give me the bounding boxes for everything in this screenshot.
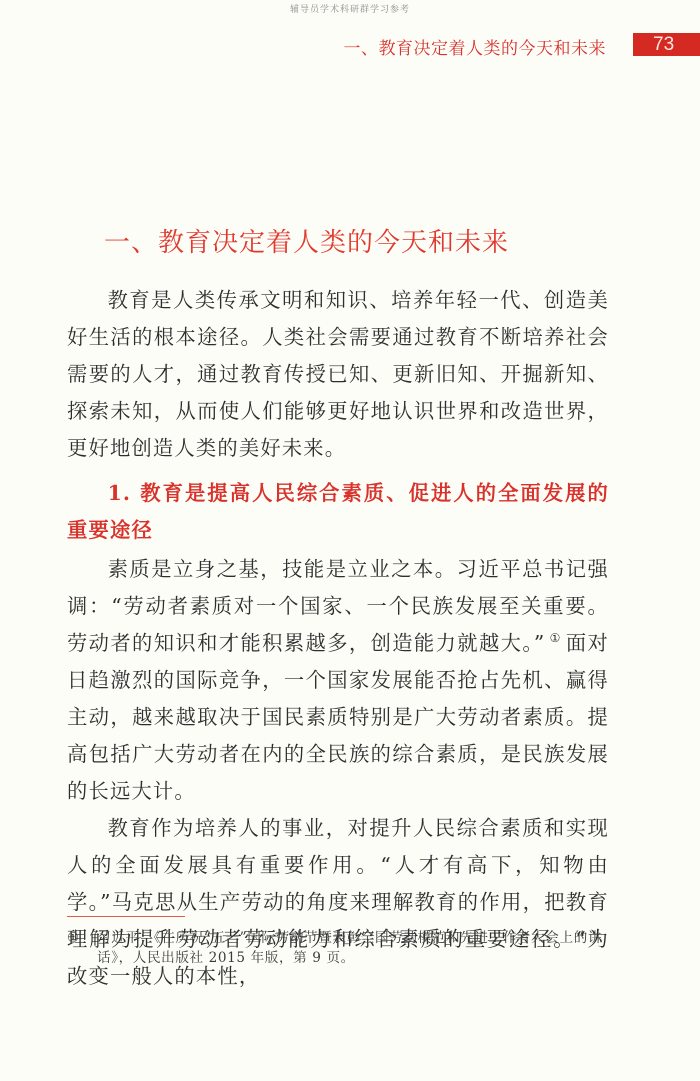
running-title: 一、教育决定着人类的今天和未来 xyxy=(344,34,607,59)
paragraph: 素质是立身之基，技能是立业之本。习近平总书记强调：“劳动者素质对一个国家、一个民… xyxy=(67,551,609,810)
intro-paragraph: 教育是人类传承文明和知识、培养年轻一代、创造美好生活的根本途径。人类社会需要通过… xyxy=(67,282,609,467)
footnote: ① 习近平：《在庆祝“五一”国际劳动节暨表彰全国劳动模范和先进工作者大会上的讲话… xyxy=(67,928,612,968)
chapter-title: 一、教育决定着人类的今天和未来 xyxy=(104,222,509,259)
footnote-divider xyxy=(67,916,185,917)
paragraph-text: 面对日趋激烈的国际竞争，一个国家发展能否抢占先机、赢得主动，越来越取决于国民素质… xyxy=(67,631,609,803)
body-text: 教育是人类传承文明和知识、培养年轻一代、创造美好生活的根本途径。人类社会需要通过… xyxy=(67,282,609,995)
watermark-text: 辅导员学术科研群学习参考 xyxy=(0,2,700,15)
section-heading: 1. 教育是提高人民综合素质、促进人的全面发展的重要途径 xyxy=(67,475,609,549)
running-header: 一、教育决定着人类的今天和未来 73 xyxy=(0,33,700,59)
page-number: 73 xyxy=(633,33,700,56)
footnote-reference[interactable]: ① xyxy=(549,631,561,645)
footnote-mark: ① xyxy=(67,928,79,948)
footnote-text: 习近平：《在庆祝“五一”国际劳动节暨表彰全国劳动模范和先进工作者大会上的讲话》，… xyxy=(97,928,612,968)
paragraph-text: 素质是立身之基，技能是立业之本。习近平总书记强调：“劳动者素质对一个国家、一个民… xyxy=(67,557,609,655)
